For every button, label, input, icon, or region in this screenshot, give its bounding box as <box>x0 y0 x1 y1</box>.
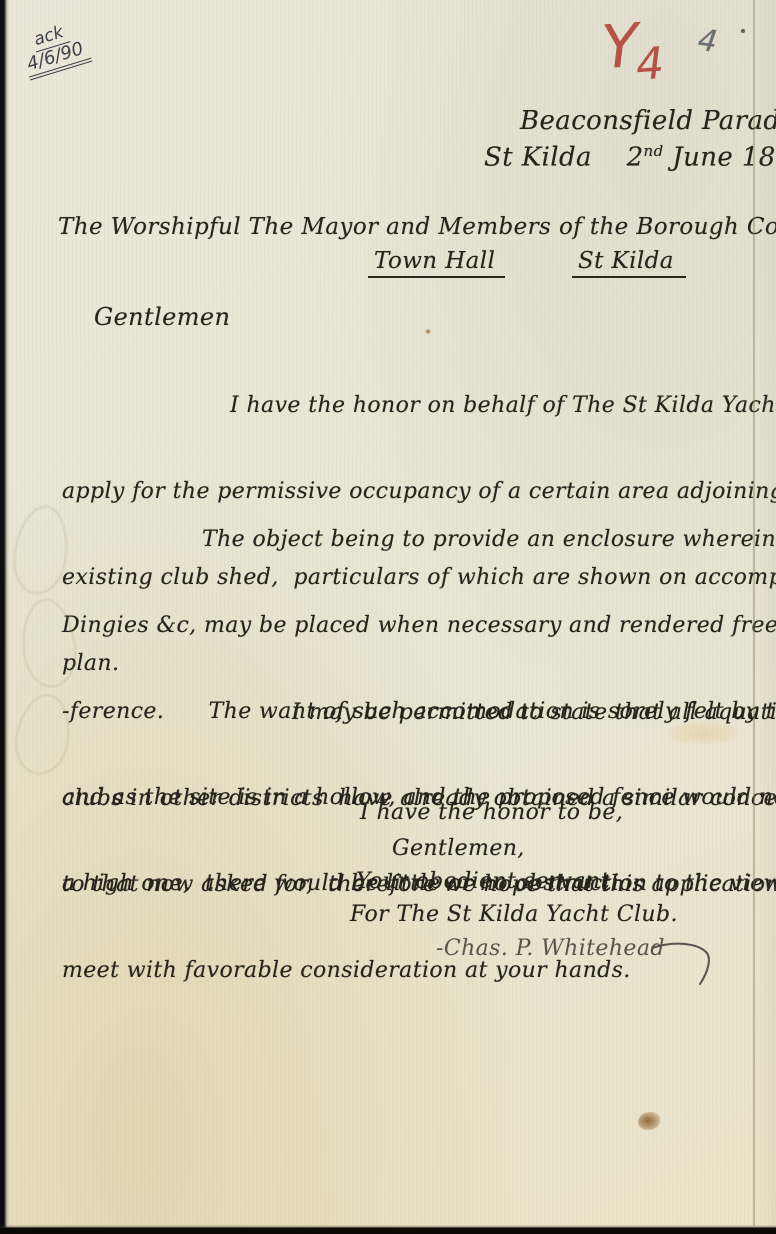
letter-page: ack 4/6/90 Y4 4 Beaconsfield Parade St K… <box>0 0 776 1234</box>
watermark-blob <box>8 502 74 599</box>
date-ordinal-superscript: nd <box>644 142 664 160</box>
paper-stain <box>638 1112 660 1130</box>
letter-line: I have the honor on behalf of The St Kil… <box>62 388 776 424</box>
recipient-st-kilda: St Kilda <box>572 248 686 278</box>
date-line-prefix: St Kilda 2 <box>484 143 644 173</box>
scan-left-edge <box>0 0 9 1234</box>
page-right-edge <box>753 0 755 1226</box>
red-file-number-digit: 4 <box>634 38 665 91</box>
sender-address-line: Beaconsfield Parade <box>520 106 776 136</box>
signature-flourish-icon <box>648 938 718 986</box>
page-right-shade <box>756 0 776 1226</box>
salutation: Gentlemen <box>94 303 230 331</box>
letter-line: I may be permitted to state that all aqu… <box>62 695 776 731</box>
recipient-town-hall: Town Hall <box>368 248 505 278</box>
ink-speck <box>741 29 745 33</box>
closing-gentlemen-line: Gentlemen, <box>392 836 525 861</box>
letter-line: Dingies &c, may be placed when necessary… <box>62 608 776 644</box>
scan-bottom-edge <box>0 1225 776 1234</box>
embossed-watermark <box>14 505 68 779</box>
ack-annotation: ack 4/6/90 <box>17 18 93 81</box>
signature: -Chas. P. Whitehead <box>436 936 665 961</box>
paper-smudge <box>668 722 738 744</box>
red-file-number: Y4 <box>600 14 669 78</box>
closing-club-line: For The St Kilda Yacht Club. <box>350 902 678 927</box>
date-line: St Kilda 2nd June 1890 <box>484 142 776 173</box>
recipient-line: The Worshipful The Mayor and Members of … <box>58 214 776 240</box>
pencil-folio-number: 4 <box>696 23 720 60</box>
closing-honor-line: I have the honor to be, <box>360 800 623 825</box>
letter-line: The object being to provide an enclosure… <box>62 522 776 558</box>
closing-servant-line: Your obedient servant <box>356 869 610 894</box>
watermark-blob <box>9 689 76 779</box>
paper-speck <box>425 329 431 334</box>
